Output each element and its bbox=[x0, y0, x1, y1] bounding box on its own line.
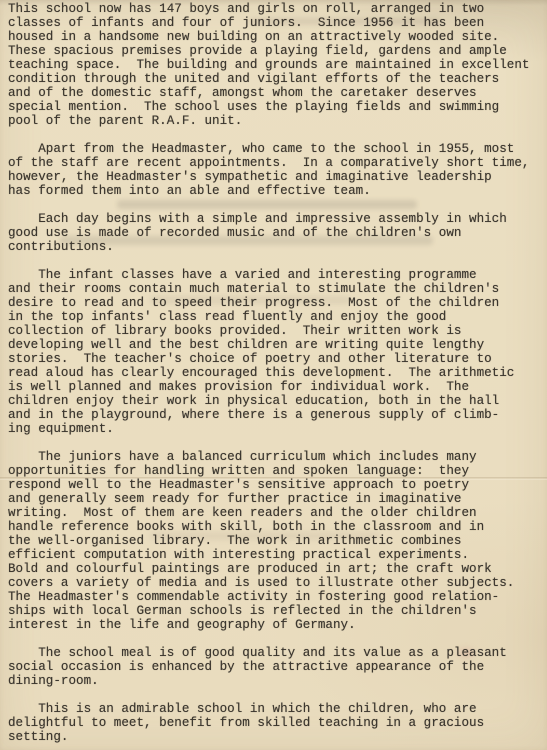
document-body: This school now has 147 boys and girls o… bbox=[8, 2, 547, 744]
paragraph-conclusion: This is an admirable school in which the… bbox=[8, 702, 547, 744]
paragraph-infant-classes: The infant classes have a varied and int… bbox=[8, 268, 547, 436]
paragraph-roll-and-premises: This school now has 147 boys and girls o… bbox=[8, 2, 547, 128]
paragraph-staff: Apart from the Headmaster, who came to t… bbox=[8, 142, 547, 198]
paragraph-juniors-curriculum: The juniors have a balanced curriculum w… bbox=[8, 450, 547, 632]
paragraph-school-meal: The school meal is of good quality and i… bbox=[8, 646, 547, 688]
paragraph-assembly: Each day begins with a simple and impres… bbox=[8, 212, 547, 254]
scanned-page: This school now has 147 boys and girls o… bbox=[0, 0, 547, 750]
